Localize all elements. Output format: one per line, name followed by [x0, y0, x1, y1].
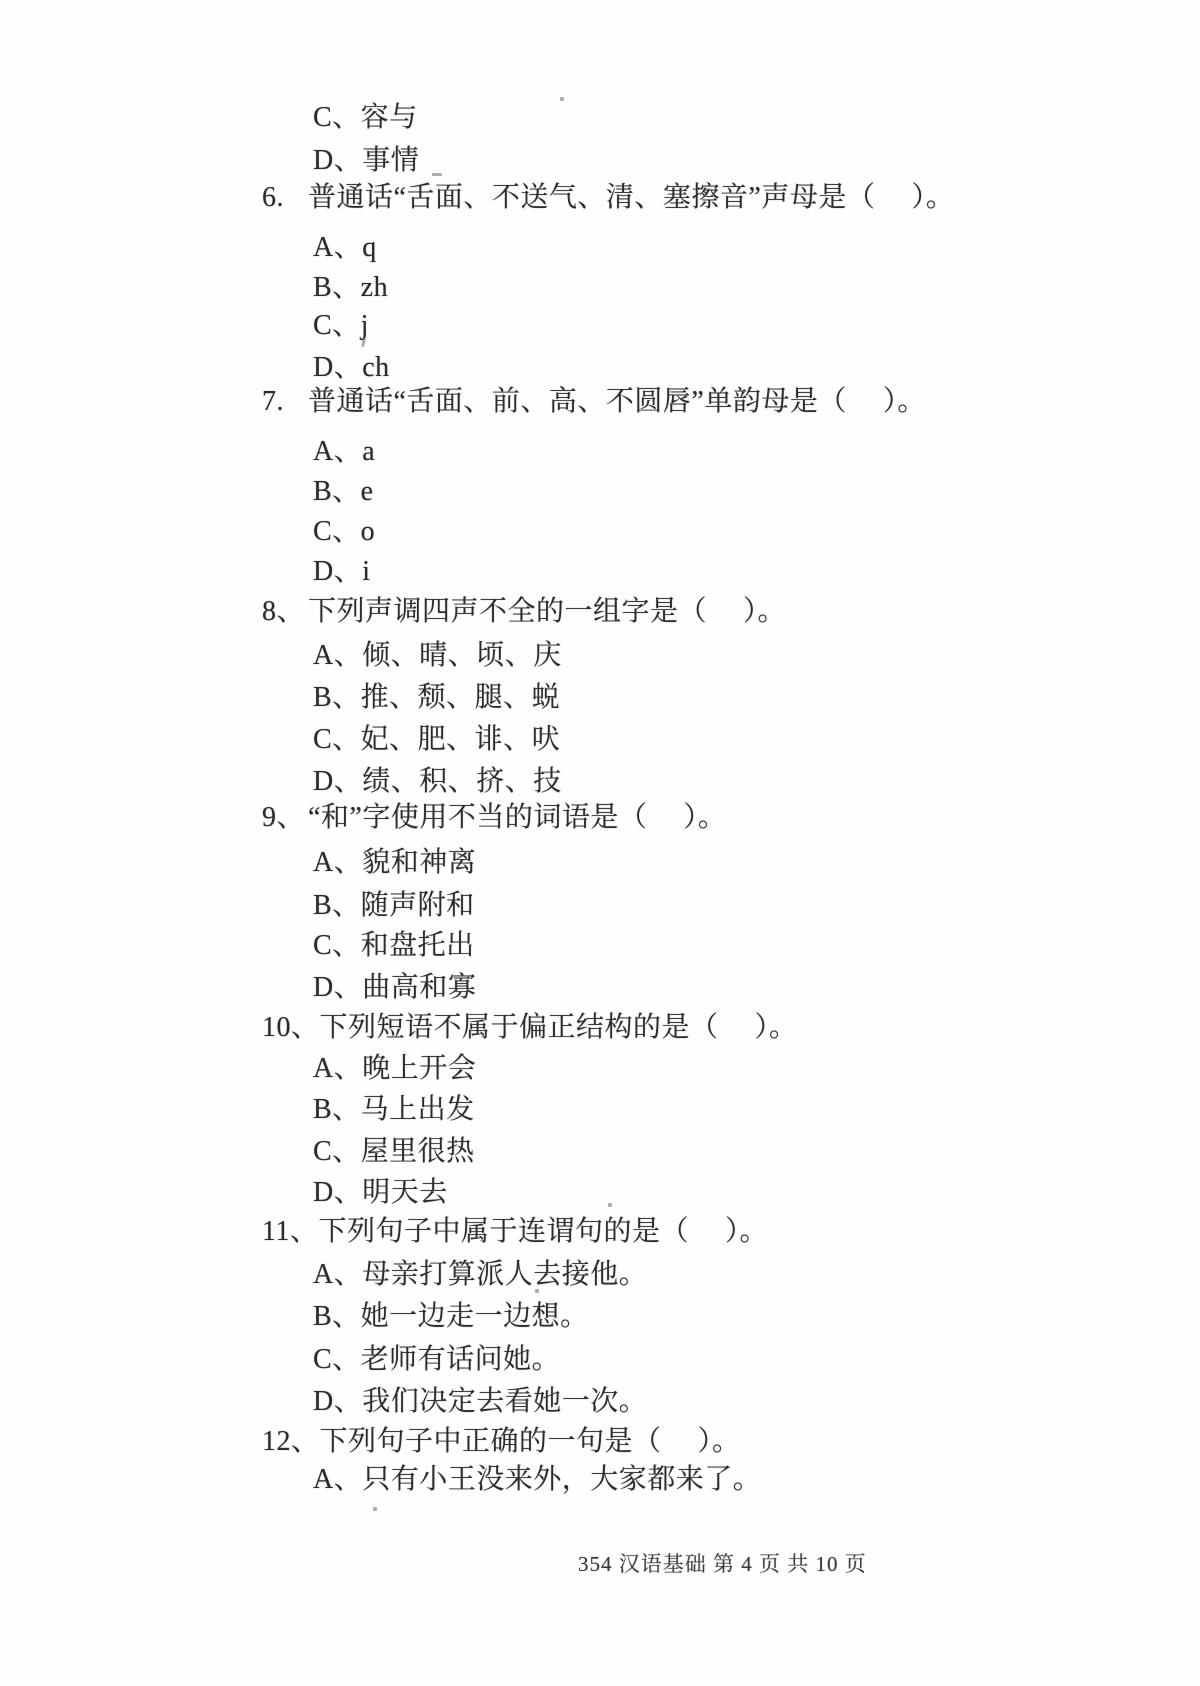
option-line-q8-d: D、绩、积、挤、技 [313, 765, 562, 799]
option-line-q11-a: A、母亲打算派人去接他。 [313, 1258, 647, 1292]
option-line-q11-c: C、老师有话问她。 [313, 1343, 560, 1377]
option-line-q10-a: A、晚上开会 [313, 1052, 476, 1086]
scan-noise-speck [373, 1507, 377, 1511]
option-line-q9-b: B、随声附和 [313, 889, 475, 923]
question-number: 7. [262, 385, 308, 419]
option-line-q7-d: D、i [313, 555, 371, 589]
option-line-q9-a: A、貌和神离 [313, 846, 476, 880]
option-line-q8-b: B、推、颓、腿、蜕 [313, 681, 560, 715]
option-line-q7-c: C、o [313, 515, 375, 549]
option-line-q8-a: A、倾、晴、顷、庆 [313, 639, 562, 673]
option-line-q6-b: B、zh [313, 271, 388, 305]
question-line-8: 8、下列声调四声不全的一组字是（ ）。 [262, 595, 786, 629]
question-number: 11、 [262, 1215, 318, 1249]
question-number: 9、 [262, 801, 308, 835]
scan-noise-speck [560, 97, 564, 101]
question-stem: 下列声调四声不全的一组字是（ ）。 [308, 596, 786, 627]
scan-noise-speck [432, 173, 442, 176]
option-line-q10-b: B、马上出发 [313, 1093, 475, 1127]
option-line-q8-c: C、妃、肥、诽、吠 [313, 723, 560, 757]
option-line-q10-d: D、明天去 [313, 1176, 448, 1210]
option-line-q7-b: B、e [313, 475, 374, 509]
question-stem: 下列句子中属于连谓句的是（ ）。 [318, 1216, 768, 1247]
option-line-q9-c: C、和盘托出 [313, 929, 475, 963]
question-number: 6. [262, 181, 308, 215]
question-stem: “和”字使用不当的词语是（ ）。 [308, 802, 726, 833]
option-line-q6-c: C、j [313, 309, 369, 343]
option-line-q7-a: A、a [313, 435, 375, 469]
question-line-9: 9、“和”字使用不当的词语是（ ）。 [262, 801, 726, 835]
option-line-q10-c: C、屋里很热 [313, 1135, 475, 1169]
question-number: 10、 [262, 1011, 320, 1045]
option-line-q5-c: C、容与 [313, 101, 418, 135]
question-stem: 下列短语不属于偏正结构的是（ ）。 [320, 1012, 798, 1043]
option-line-q11-d: D、我们决定去看她一次。 [313, 1385, 647, 1419]
option-line-q6-a: A、q [313, 231, 377, 265]
page-footer: 354 汉语基础 第 4 页 共 10 页 [578, 1551, 867, 1577]
question-stem: 普通话“舌面、不送气、清、塞擦音”声母是（ ）。 [308, 182, 954, 213]
option-line-q5-d: D、事情 [313, 144, 419, 178]
scan-noise-speck [535, 1289, 539, 1293]
question-line-10: 10、下列短语不属于偏正结构的是（ ）。 [262, 1011, 798, 1045]
option-line-q11-b: B、她一边走一边想。 [313, 1300, 589, 1334]
option-line-q9-d: D、曲高和寡 [313, 971, 476, 1005]
question-number: 8、 [262, 595, 308, 629]
option-line-q12-a: A、只有小王没来外，大家都来了。 [313, 1463, 761, 1497]
question-stem: 普通话“舌面、前、高、不圆唇”单韵母是（ ）。 [308, 386, 926, 417]
question-line-7: 7.普通话“舌面、前、高、不圆唇”单韵母是（ ）。 [262, 385, 926, 419]
option-line-q6-d: D、ch [313, 351, 390, 385]
question-line-6: 6.普通话“舌面、不送气、清、塞擦音”声母是（ ）。 [262, 181, 954, 215]
question-stem: 下列句子中正确的一句是（ ）。 [320, 1426, 741, 1457]
scanned-exam-page: C、容与 D、事情 6.普通话“舌面、不送气、清、塞擦音”声母是（ ）。 A、q… [0, 0, 1200, 1686]
question-number: 12、 [262, 1425, 320, 1459]
question-line-12: 12、下列句子中正确的一句是（ ）。 [262, 1425, 741, 1459]
question-line-11: 11、下列句子中属于连谓句的是（ ）。 [262, 1215, 768, 1249]
scan-noise-speck [608, 1203, 612, 1207]
